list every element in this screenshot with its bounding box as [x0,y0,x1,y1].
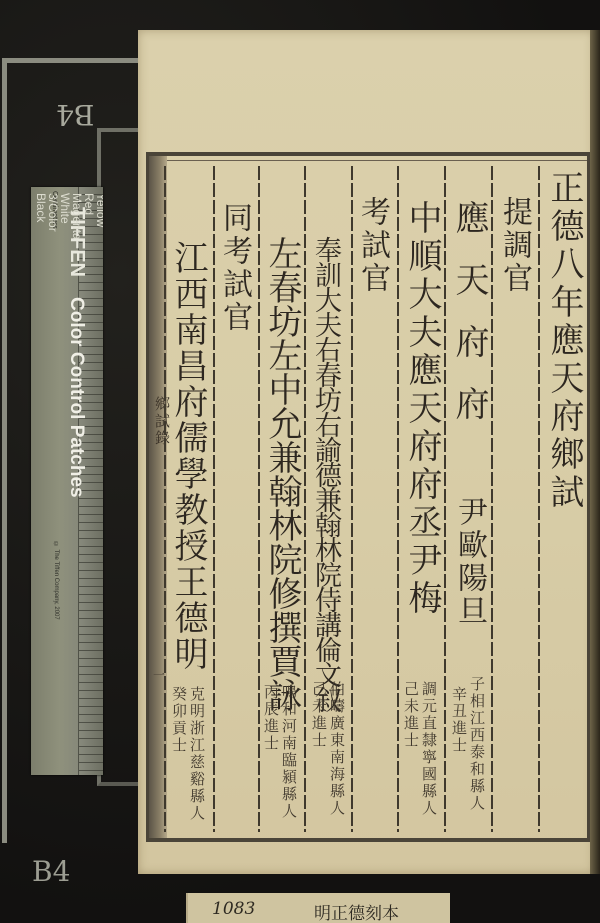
ruler-color-labels: Blue Cyan Green Yellow Red Magenta White… [35,193,103,280]
mount-frame-inner [97,128,141,786]
color-label: Yellow [95,193,103,240]
column-divider [213,166,215,832]
heading-tongkao: 同考試官 [219,202,249,334]
color-label: 3/Color [47,193,59,240]
frame-label-top: B4 [56,98,94,131]
zhongshun-official: 中順大夫應天府府丞尹梅 [405,200,439,618]
heading-kaoshi: 考試官 [357,196,387,295]
note-ouyang-2: 辛丑進士 [451,686,466,754]
column-divider [491,166,493,832]
document-title: 正德八年應天府鄉試 [547,170,581,512]
book-page: 鄉試錄 一 正德八年應天府鄉試 提調官 應天府府 尹歐陽旦 子相江西泰和縣人 辛… [138,30,594,874]
catalog-number: 1083 [212,899,255,919]
color-label: Magenta [71,193,83,240]
catalog-label: 1083 明正德刻本 [186,893,450,923]
column-divider [351,166,353,832]
ruler-copyright: © The Tiffen Company, 2007 [53,542,59,620]
column-divider [538,166,540,832]
note-lun-1: 伯疇廣東南海縣人 [329,681,344,817]
yingtian-fu: 應天府府 [452,200,486,448]
color-control-ruler: Centimeters TIFFEN Color Control Patches… [31,187,103,775]
catalog-text: 明正德刻本 [314,899,399,923]
jiangxi-official: 江西南昌府儒學教授王德明 [171,240,205,672]
column-divider [164,166,166,832]
note-jia-2: 丙辰進士 [263,684,278,752]
note-wang-2: 癸卯貢士 [171,686,186,754]
official-name-ouyang: 尹歐陽旦 [454,496,484,628]
note-wang-1: 克明浙江慈谿縣人 [189,686,204,822]
column-divider [444,166,446,832]
heading-tidiao: 提調官 [499,196,529,295]
column-divider [304,166,306,832]
note-mei-2: 己未進士 [403,681,418,749]
column-divider [258,166,260,832]
fengxun-official: 奉訓大夫右春坊右諭德兼翰林院侍講倫文叙 [312,236,339,711]
note-jia-1: 鳴和河南臨潁縣人 [281,684,296,820]
color-label: Black [35,193,47,240]
ruler-title: Color Control Patches [65,297,87,498]
zuochunfang-official: 左春坊左中允兼翰林院修撰賈詠 [265,236,299,712]
note-lun-2: 己未進士 [311,681,326,749]
note-ouyang-1: 子相江西泰和縣人 [469,676,484,812]
note-mei-1: 調元直隸寧國縣人 [421,681,436,817]
page-edge [590,30,600,874]
column-divider [397,166,399,832]
text-frame: 鄉試錄 一 正德八年應天府鄉試 提調官 應天府府 尹歐陽旦 子相江西泰和縣人 辛… [146,152,590,842]
frame-label-bottom: B4 [32,855,70,888]
